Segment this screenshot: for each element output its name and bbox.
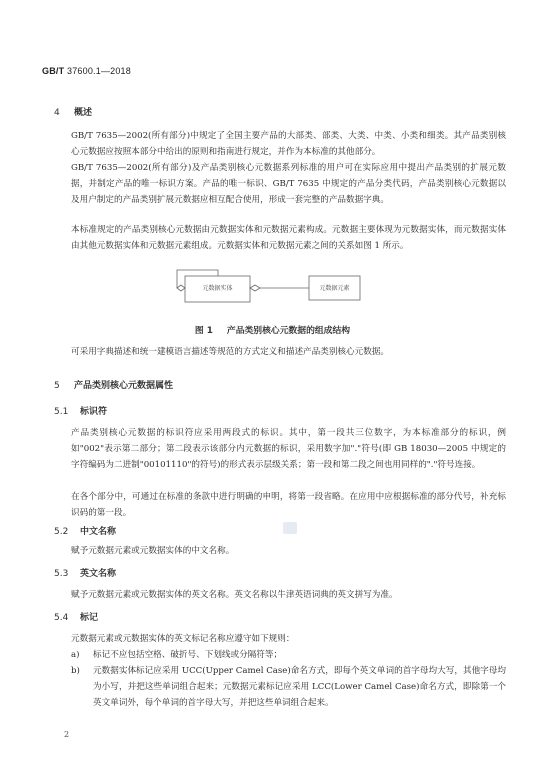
section-5-4-heading: 5.4标记 bbox=[54, 610, 98, 623]
paragraph: 赋予元数据元素或元数据实体的中文名称。 bbox=[54, 543, 506, 559]
standard-number: 37600.1—2018 bbox=[67, 66, 131, 76]
section-5-heading: 5产品类别核心元数据属性 bbox=[54, 378, 173, 391]
paragraph-text: GB/T 7635—2002(所有部分)及产品类别核心元数据系列标准的用户可在实… bbox=[54, 160, 506, 208]
watermark-icon bbox=[283, 522, 297, 534]
figure-title: 产品类别核心元数据的组成结构 bbox=[227, 326, 350, 336]
paragraph: 可采用字典描述和统一建模语言描述等规范的方式定义和描述产品类别核心元数据。 bbox=[54, 344, 506, 360]
entity-box-label: 元数据实体 bbox=[185, 283, 250, 292]
section-5-3-heading: 5.3英文名称 bbox=[54, 566, 116, 579]
section-number: 4 bbox=[54, 108, 74, 118]
paragraph: 元数据元素或元数据实体的英文标记名称应遵守如下规则： bbox=[54, 631, 506, 647]
page-number: 2 bbox=[64, 730, 69, 739]
paragraph-text: 赋予元数据元素或元数据实体的英文名称。英文名称以牛津英语词典的英文拼写为准。 bbox=[54, 587, 506, 603]
section-title: 中文名称 bbox=[80, 527, 116, 537]
section-number: 5.4 bbox=[54, 613, 80, 623]
list-item: b)元数据实体标记应采用 UCC(Upper Camel Case)命名方式，即… bbox=[71, 663, 506, 711]
document-header: GB/T 37600.1—2018 bbox=[42, 66, 131, 76]
paragraph: 本标准规定的产品类别核心元数据由元数据实体和元数据元素构成。元数据主要体现为元数… bbox=[54, 222, 506, 254]
paragraph-text: 元数据元素或元数据实体的英文标记名称应遵守如下规则： bbox=[54, 631, 506, 647]
paragraph-text: 在各个部分中，可通过在标准的条款中进行明确的申明，将第一段省略。在应用中应根据标… bbox=[54, 489, 506, 521]
section-number: 5.2 bbox=[54, 527, 80, 537]
paragraph: GB/T 7635—2002(所有部分)中规定了全国主要产品的大部类、部类、大类… bbox=[54, 128, 506, 160]
standard-prefix: GB/T bbox=[42, 66, 64, 76]
section-title: 英文名称 bbox=[80, 569, 116, 579]
list-marker: b) bbox=[71, 663, 93, 711]
figure-caption: 图 1产品类别核心元数据的组成结构 bbox=[0, 323, 545, 336]
paragraph-text: 可采用字典描述和统一建模语言描述等规范的方式定义和描述产品类别核心元数据。 bbox=[54, 344, 506, 360]
list-item-text: 元数据实体标记应采用 UCC(Upper Camel Case)命名方式，即每个… bbox=[93, 663, 506, 711]
paragraph-text: 产品类别核心元数据的标识符应采用两段式的标识。其中，第一段共三位数字，为本标准部… bbox=[54, 425, 506, 473]
paragraph-text: 赋予元数据元素或元数据实体的中文名称。 bbox=[54, 543, 506, 559]
section-number: 5 bbox=[54, 381, 74, 391]
paragraph-text: 本标准规定的产品类别核心元数据由元数据实体和元数据元素构成。元数据主要体现为元数… bbox=[54, 222, 506, 254]
section-number: 5.3 bbox=[54, 569, 80, 579]
section-title: 产品类别核心元数据属性 bbox=[74, 381, 173, 391]
section-5-2-heading: 5.2中文名称 bbox=[54, 524, 116, 537]
section-4-heading: 4概述 bbox=[54, 105, 92, 118]
section-title: 标识符 bbox=[80, 407, 107, 417]
list-marker: a) bbox=[71, 647, 93, 663]
paragraph-text: GB/T 7635—2002(所有部分)中规定了全国主要产品的大部类、部类、大类… bbox=[54, 128, 506, 160]
list-item: a)标记不应包括空格、破折号、下划线或分隔符等； bbox=[71, 647, 506, 663]
paragraph: 在各个部分中，可通过在标准的条款中进行明确的申明，将第一段省略。在应用中应根据标… bbox=[54, 489, 506, 521]
paragraph: 赋予元数据元素或元数据实体的英文名称。英文名称以牛津英语词典的英文拼写为准。 bbox=[54, 587, 506, 603]
section-number: 5.1 bbox=[54, 407, 80, 417]
figure-number: 图 1 bbox=[195, 326, 213, 336]
paragraph: GB/T 7635—2002(所有部分)及产品类别核心元数据系列标准的用户可在实… bbox=[54, 160, 506, 208]
section-title: 标记 bbox=[80, 613, 98, 623]
element-box-label: 元数据元素 bbox=[309, 283, 360, 292]
section-title: 概述 bbox=[74, 108, 92, 118]
paragraph: 产品类别核心元数据的标识符应采用两段式的标识。其中，第一段共三位数字，为本标准部… bbox=[54, 425, 506, 473]
list-item-text: 标记不应包括空格、破折号、下划线或分隔符等； bbox=[93, 650, 282, 660]
section-5-1-heading: 5.1标识符 bbox=[54, 404, 107, 417]
